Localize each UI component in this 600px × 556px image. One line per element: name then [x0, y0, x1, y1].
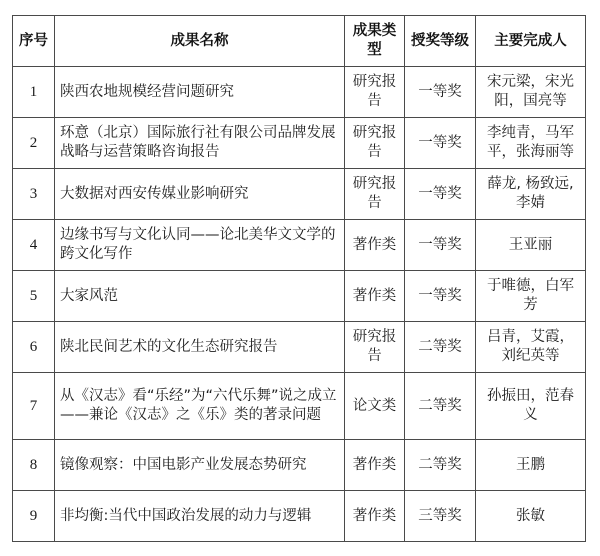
table-row: 9 非均衡:当代中国政治发展的动力与逻辑 著作类 三等奖 张敏 [13, 491, 586, 542]
achievement-type: 著作类 [345, 440, 405, 491]
row-number: 4 [13, 220, 55, 271]
table-row: 3 大数据对西安传媒业影响研究 研究报告 一等奖 薛龙, 杨致远, 李婧 [13, 169, 586, 220]
achievement-name: 镜像观察：中国电影产业发展态势研究 [55, 440, 345, 491]
table-row: 1 陕西农地规模经营问题研究 研究报告 一等奖 宋元梁，宋光阳，国亮等 [13, 67, 586, 118]
table-row: 8 镜像观察：中国电影产业发展态势研究 著作类 二等奖 王鹏 [13, 440, 586, 491]
award-level: 二等奖 [405, 373, 476, 440]
header-level: 授奖等级 [405, 16, 476, 67]
award-level: 一等奖 [405, 118, 476, 169]
header-type: 成果类型 [345, 16, 405, 67]
award-level: 二等奖 [405, 322, 476, 373]
main-contributors: 薛龙, 杨致远, 李婧 [476, 169, 586, 220]
table-row: 2 环意（北京）国际旅行社有限公司品牌发展战略与运营策略咨询报告 研究报告 一等… [13, 118, 586, 169]
main-contributors: 张敏 [476, 491, 586, 542]
achievement-name: 从《汉志》看“乐经”为“六代乐舞”说之成立——兼论《汉志》之《乐》类的著录问题 [55, 373, 345, 440]
achievement-type: 研究报告 [345, 169, 405, 220]
achievement-type: 研究报告 [345, 67, 405, 118]
header-no: 序号 [13, 16, 55, 67]
awards-table: 序号 成果名称 成果类型 授奖等级 主要完成人 1 陕西农地规模经营问题研究 研… [12, 15, 586, 542]
achievement-type: 论文类 [345, 373, 405, 440]
achievement-type: 著作类 [345, 491, 405, 542]
award-level: 一等奖 [405, 220, 476, 271]
achievement-name: 陕北民间艺术的文化生态研究报告 [55, 322, 345, 373]
achievement-name: 环意（北京）国际旅行社有限公司品牌发展战略与运营策略咨询报告 [55, 118, 345, 169]
table-row: 5 大家风范 著作类 一等奖 于唯德，白军芳 [13, 271, 586, 322]
main-contributors: 于唯德，白军芳 [476, 271, 586, 322]
table-row: 4 边缘书写与文化认同——论北美华文文学的跨文化写作 著作类 一等奖 王亚丽 [13, 220, 586, 271]
main-contributors: 李纯青，马军平，张海丽等 [476, 118, 586, 169]
award-level: 一等奖 [405, 271, 476, 322]
award-level: 三等奖 [405, 491, 476, 542]
achievement-name: 大家风范 [55, 271, 345, 322]
table-row: 7 从《汉志》看“乐经”为“六代乐舞”说之成立——兼论《汉志》之《乐》类的著录问… [13, 373, 586, 440]
main-contributors: 宋元梁，宋光阳，国亮等 [476, 67, 586, 118]
header-people: 主要完成人 [476, 16, 586, 67]
achievement-name: 陕西农地规模经营问题研究 [55, 67, 345, 118]
row-number: 1 [13, 67, 55, 118]
main-contributors: 吕青，艾霞，刘纪英等 [476, 322, 586, 373]
row-number: 5 [13, 271, 55, 322]
achievement-name: 非均衡:当代中国政治发展的动力与逻辑 [55, 491, 345, 542]
row-number: 7 [13, 373, 55, 440]
header-row: 序号 成果名称 成果类型 授奖等级 主要完成人 [13, 16, 586, 67]
award-level: 一等奖 [405, 67, 476, 118]
award-level: 一等奖 [405, 169, 476, 220]
main-contributors: 王鹏 [476, 440, 586, 491]
achievement-type: 著作类 [345, 271, 405, 322]
table-row: 6 陕北民间艺术的文化生态研究报告 研究报告 二等奖 吕青，艾霞，刘纪英等 [13, 322, 586, 373]
achievement-type: 研究报告 [345, 322, 405, 373]
row-number: 8 [13, 440, 55, 491]
achievement-name: 大数据对西安传媒业影响研究 [55, 169, 345, 220]
header-name: 成果名称 [55, 16, 345, 67]
row-number: 2 [13, 118, 55, 169]
achievement-type: 研究报告 [345, 118, 405, 169]
main-contributors: 王亚丽 [476, 220, 586, 271]
award-level: 二等奖 [405, 440, 476, 491]
main-contributors: 孙振田，范春义 [476, 373, 586, 440]
row-number: 6 [13, 322, 55, 373]
achievement-type: 著作类 [345, 220, 405, 271]
achievement-name: 边缘书写与文化认同——论北美华文文学的跨文化写作 [55, 220, 345, 271]
row-number: 3 [13, 169, 55, 220]
row-number: 9 [13, 491, 55, 542]
